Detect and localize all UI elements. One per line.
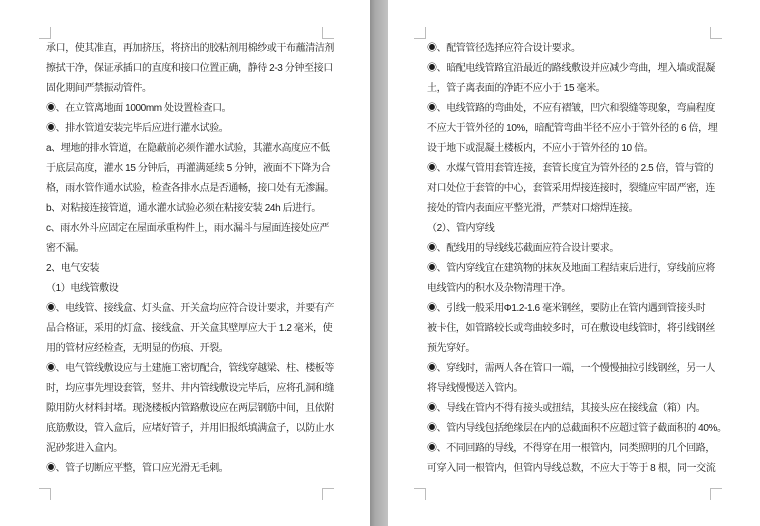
text-line[interactable]: b、对粘接连接管道，通水灌水试验必须在粘接安装 24h 后进行。 <box>46 199 334 219</box>
text-line[interactable]: 固化期间严禁振动管件。 <box>46 79 334 99</box>
text-boundary-mark-bottom-left <box>39 488 51 500</box>
text-line[interactable]: ◉、管内导线包括绝缘层在内的总截面积不应超过管子截面积的 40%。 <box>427 419 727 439</box>
text-line[interactable]: 不应大于管外径的 10%，暗配管弯曲半径不应小于管外径的 6 倍，埋 <box>427 119 727 139</box>
text-line[interactable]: ◉、管子切断应平整，管口应光滑无毛刺。 <box>46 459 334 479</box>
text-line[interactable]: ◉、穿线时，需两人各在管口一端，一个慢慢抽拉引线钢丝，另一人 <box>427 359 727 379</box>
text-line[interactable]: 预先穿好。 <box>427 339 727 359</box>
text-line[interactable]: 于底层高度，灌水 15 分钟后，再灌满延续 5 分钟，液面不下降为合 <box>46 159 334 179</box>
text-line[interactable]: 密不漏。 <box>46 239 334 259</box>
text-line[interactable]: ◉、管内穿线宜在建筑物的抹灰及地面工程结束后进行，穿线前应将 <box>427 259 727 279</box>
text-line[interactable]: 时，均应事先埋设套管，竖井、井内管线敷设完毕后，应将孔洞和缝 <box>46 379 334 399</box>
text-line[interactable]: 品合格证，采用的灯盒、接线盒、开关盒其壁厚应大于 1.2 毫米，使 <box>46 319 334 339</box>
text-line[interactable]: 2、电气安装 <box>46 259 334 279</box>
text-line[interactable]: ◉、引线一般采用Φ1.2-1.6 毫米钢丝，要防止在管内遇到管接头时 <box>427 299 727 319</box>
text-line[interactable]: ◉、配线用的导线线芯截面应符合设计要求。 <box>427 239 727 259</box>
text-line[interactable]: ◉、不同回路的导线，不得穿在用一根管内，同类照明的几个回路， <box>427 439 727 459</box>
text-line[interactable]: 泥砂浆进入盒内。 <box>46 439 334 459</box>
text-line[interactable]: ◉、电线管、接线盒、灯头盒、开关盒均应符合设计要求，并要有产 <box>46 299 334 319</box>
text-line[interactable]: 被卡住，如管路较长或弯曲较多时，可在敷设电线管时，将引线钢丝 <box>427 319 727 339</box>
document-page-right[interactable]: ◉、配管管径选择应符合设计要求。◉、暗配电线管路宜沿最近的路线敷设并应减少弯曲，… <box>388 0 760 526</box>
document-page-left[interactable]: 承口，使其准直，再加挤压，将挤出的胶粘剂用棉纱或干布蘸清洁剂擦拭干净，保证承插口… <box>0 0 370 526</box>
text-line[interactable]: 擦拭干净，保证承插口的直度和接口位置正确，静待 2-3 分钟至接口 <box>46 59 334 79</box>
text-line[interactable]: 可穿入同一根管内，但管内导线总数，不应大于等于 8 根，同一交流 <box>427 459 727 479</box>
text-line[interactable]: 底筋敷设，管入盒后，应堵好管子，并用旧报纸填满盒子，以防止水 <box>46 419 334 439</box>
page-text[interactable]: 承口，使其准直，再加挤压，将挤出的胶粘剂用棉纱或干布蘸清洁剂擦拭干净，保证承插口… <box>46 39 334 479</box>
text-line[interactable]: 隙用防火材料封堵。现浇楼板内管路敷设应在两层钢筋中间，且依附 <box>46 399 334 419</box>
text-line[interactable]: 格，雨水管作通水试验，检查各排水点是否通畅，接口处有无渗漏。 <box>46 179 334 199</box>
text-line[interactable]: 对口处位于套管的中心，套管采用焊接连接时，裂缝应牢固严密，连 <box>427 179 727 199</box>
text-line[interactable]: 承口，使其准直，再加挤压，将挤出的胶粘剂用棉纱或干布蘸清洁剂 <box>46 39 334 59</box>
text-boundary-mark-top-right <box>322 27 334 39</box>
text-line[interactable]: 将导线慢慢送入管内。 <box>427 379 727 399</box>
text-boundary-mark-top-left <box>39 27 51 39</box>
text-line[interactable]: 土，管子离表面的净距不应小于 15 毫米。 <box>427 79 727 99</box>
text-line[interactable]: 设于地下或混凝土楼板内，不应小于管外径的 10 倍。 <box>427 139 727 159</box>
text-line[interactable]: （1）电线管敷设 <box>46 279 334 299</box>
text-line[interactable]: ◉、水煤气管用套管连接，套管长度宜为管外径的 2.5 倍，管与管的 <box>427 159 727 179</box>
text-line[interactable]: 接处的管内表面应平整光滑，严禁对口熔焊连接。 <box>427 199 727 219</box>
text-line[interactable]: ◉、配管管径选择应符合设计要求。 <box>427 39 727 59</box>
text-line[interactable]: ◉、暗配电线管路宜沿最近的路线敷设并应减少弯曲，埋入墙或混凝 <box>427 59 727 79</box>
text-boundary-mark-top-right <box>710 27 722 39</box>
text-line[interactable]: ◉、在立管离地面 1000mm 处设置检查口。 <box>46 99 334 119</box>
text-boundary-mark-bottom-left <box>414 488 426 500</box>
text-line[interactable]: ◉、电线管路的弯曲处，不应有褶皱，凹穴和裂缝等现象，弯扁程度 <box>427 99 727 119</box>
text-line[interactable]: a、埋地的排水管道，在隐蔽前必须作灌水试验，其灌水高度应不低 <box>46 139 334 159</box>
text-boundary-mark-top-left <box>414 27 426 39</box>
text-boundary-mark-bottom-right <box>322 488 334 500</box>
text-boundary-mark-bottom-right <box>710 488 722 500</box>
text-line[interactable]: ◉、导线在管内不得有接头或扭结，其接头应在接线盒（箱）内。 <box>427 399 727 419</box>
text-line[interactable]: （2）、管内穿线 <box>427 219 727 239</box>
text-line[interactable]: ◉、电气管线敷设应与土建施工密切配合，管线穿越梁、柱、楼板等 <box>46 359 334 379</box>
text-line[interactable]: 用的管材应经检查，无明显的伤痕、开裂。 <box>46 339 334 359</box>
text-line[interactable]: c、雨水外斗应固定在屋面承重构件上，雨水漏斗与屋面连接处应严 <box>46 219 334 239</box>
page-text[interactable]: ◉、配管管径选择应符合设计要求。◉、暗配电线管路宜沿最近的路线敷设并应减少弯曲，… <box>427 39 727 479</box>
page-gutter <box>370 0 388 526</box>
text-line[interactable]: ◉、排水管道安装完毕后应进行灌水试验。 <box>46 119 334 139</box>
text-line[interactable]: 电线管内的积水及杂物清理干净。 <box>427 279 727 299</box>
